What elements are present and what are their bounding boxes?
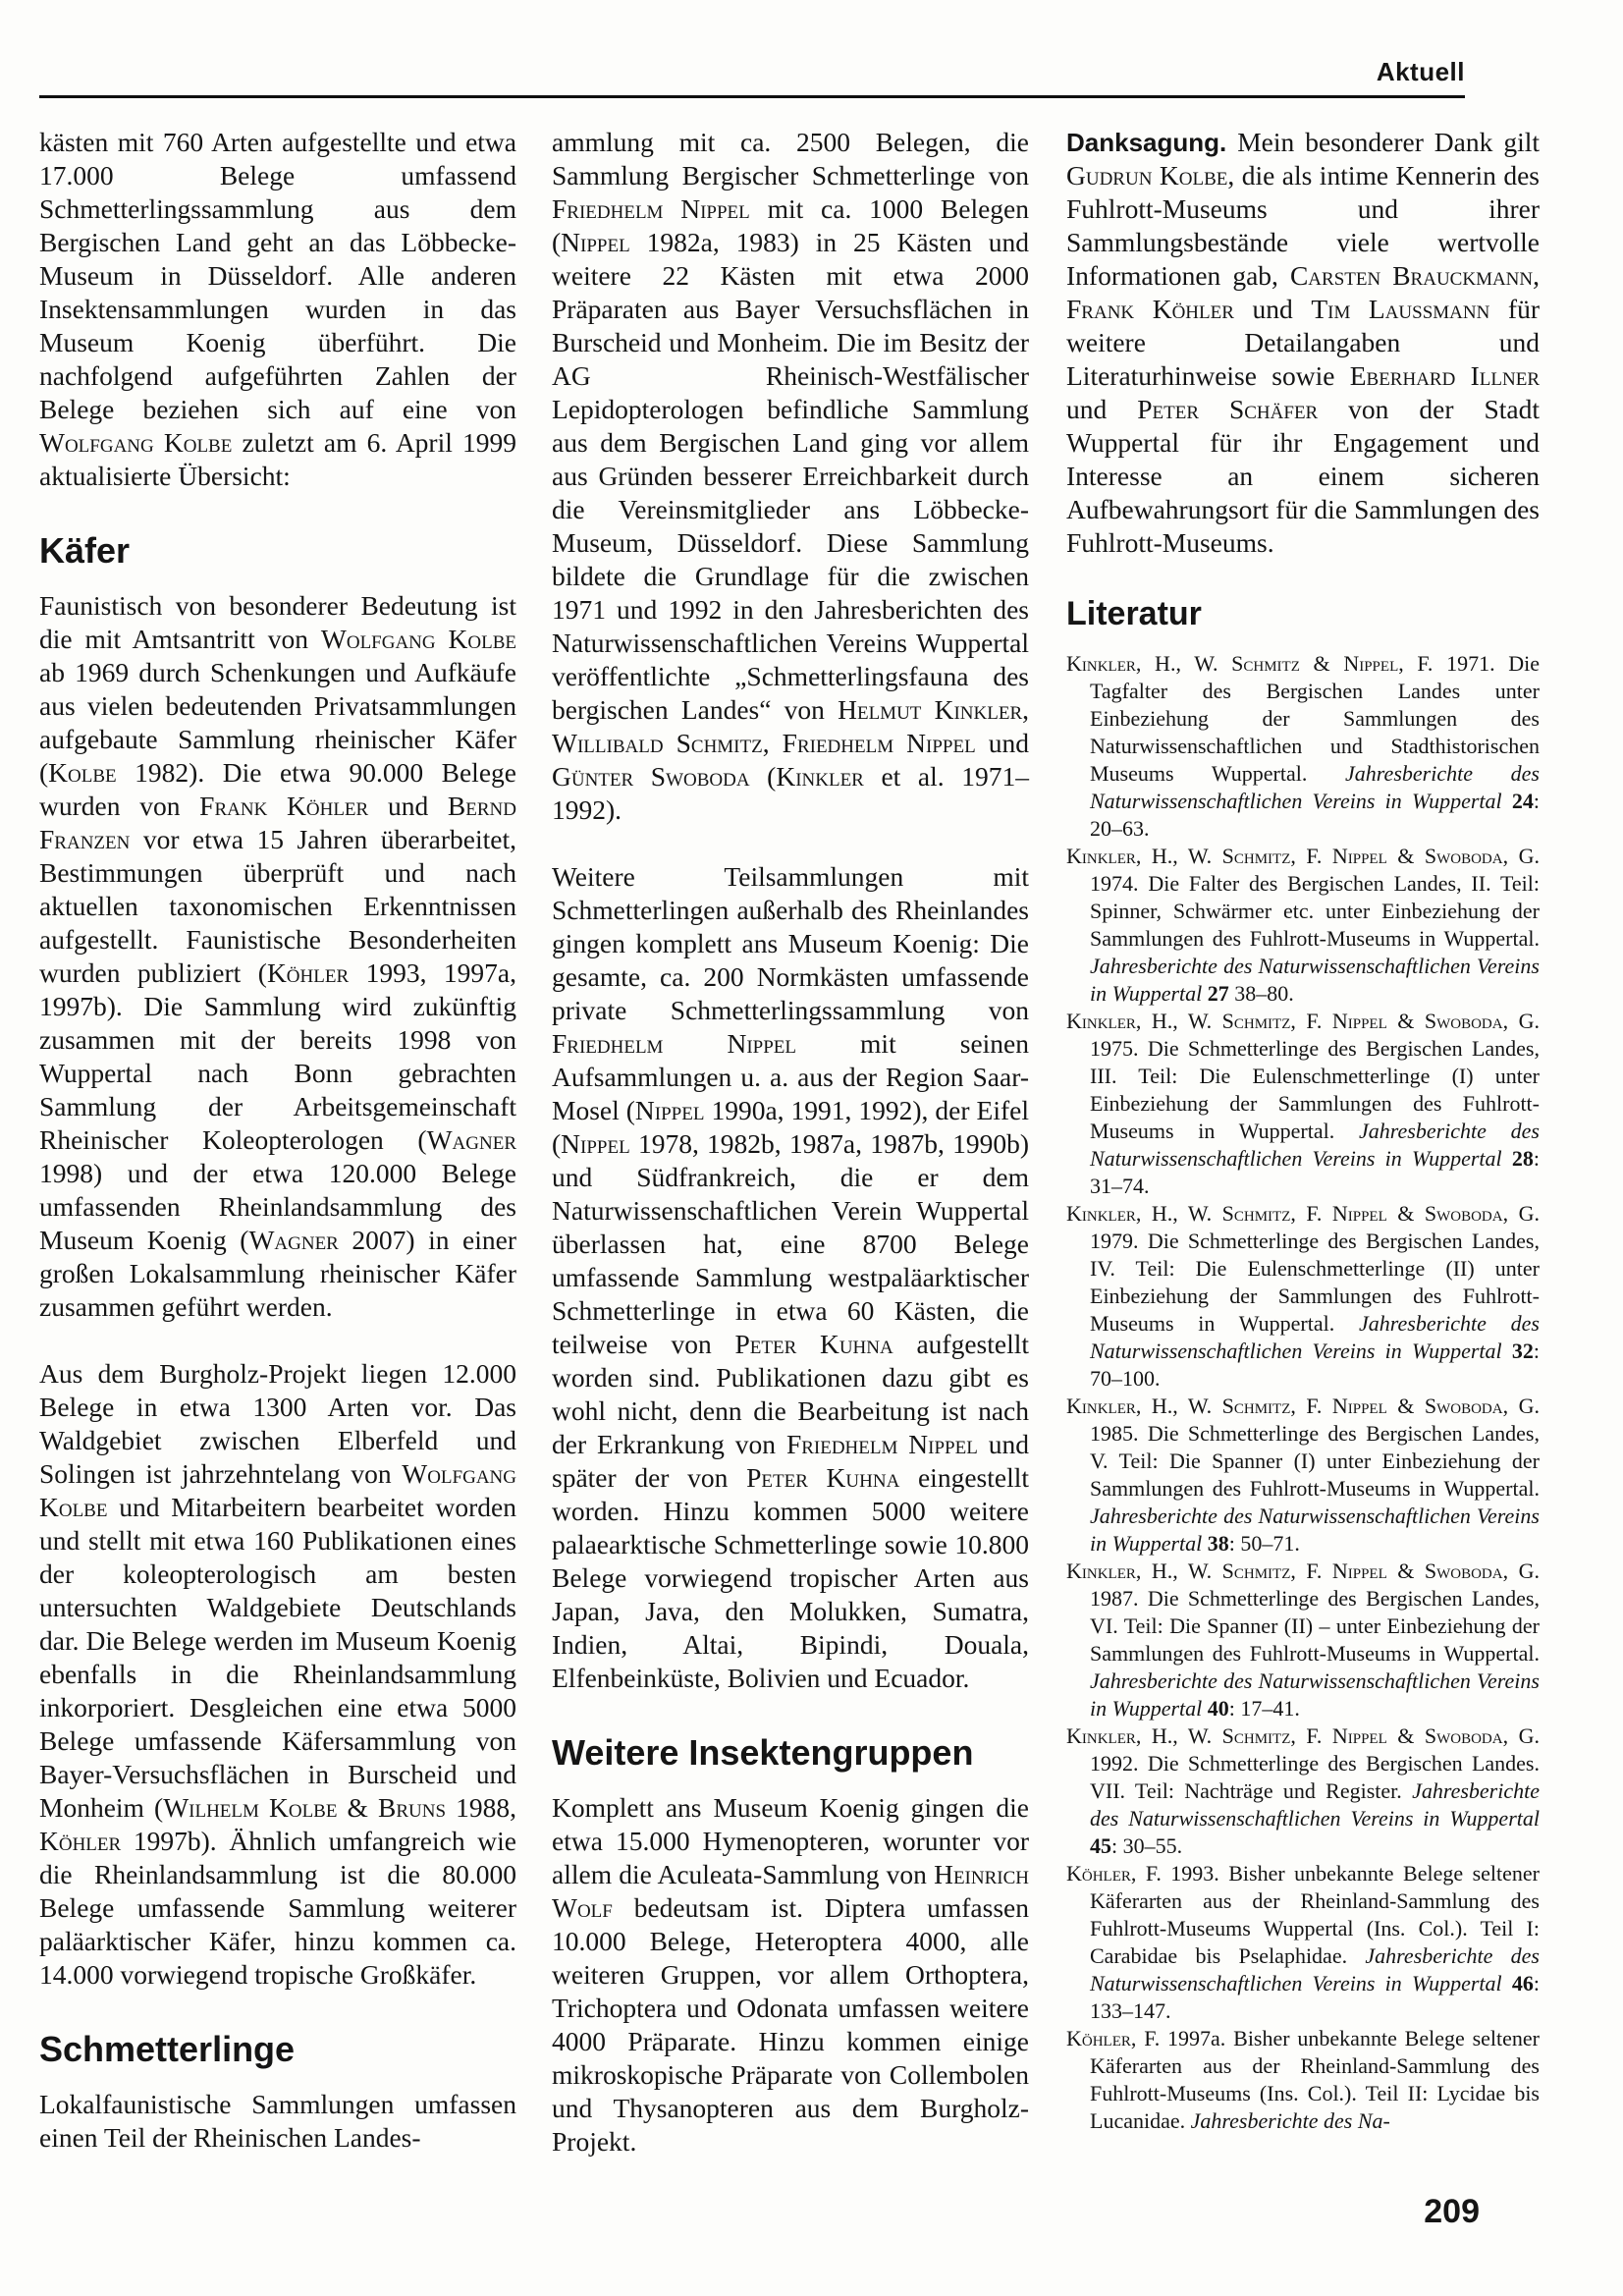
paragraph-weitere-insektengruppen: Komplett ans Museum Koenig gingen die et… [552, 1791, 1029, 2159]
column-right: Danksagung. Mein besonderer Dank gilt Gu… [1066, 126, 1540, 2135]
column-center: ammlung mit ca. 2500 Belegen, die Sammlu… [552, 126, 1029, 2159]
reference-item: Köhler, F. 1997a. Bisher unbekannte Bele… [1066, 2025, 1540, 2135]
reference-item: Kinkler, H., W. Schmitz, F. Nippel & Swo… [1066, 1558, 1540, 1722]
reference-item: Kinkler, H., W. Schmitz, F. Nippel & Swo… [1066, 1200, 1540, 1393]
reference-item: Kinkler, H., W. Schmitz, F. Nippel & Swo… [1066, 1008, 1540, 1200]
reference-list: Kinkler, H., W. Schmitz & Nippel, F. 197… [1066, 650, 1540, 2135]
reference-item: Kinkler, H., W. Schmitz & Nippel, F. 197… [1066, 650, 1540, 843]
heading-kaefer: Käfer [39, 530, 516, 572]
reference-item: Köhler, F. 1993. Bisher unbekannte Beleg… [1066, 1860, 1540, 2025]
header-rule [39, 95, 1465, 98]
heading-weitere-insektengruppen: Weitere Insektengruppen [552, 1732, 1029, 1774]
page-header-section-label: Aktuell [1377, 57, 1465, 87]
paragraph-landessammlung: ammlung mit ca. 2500 Belegen, die Sammlu… [552, 126, 1029, 827]
paragraph-kaefer-sammlung: Faunistisch von besonderer Bedeutung ist… [39, 589, 516, 1324]
paragraph-burgholz-projekt: Aus dem Burgholz-Projekt liegen 12.000 B… [39, 1357, 516, 1992]
page-number: 209 [1424, 2193, 1480, 2231]
reference-item: Kinkler, H., W. Schmitz, F. Nippel & Swo… [1066, 1722, 1540, 1860]
paragraph-schmetterlinge-start: Lokalfaunistische Sammlungen umfassen ei… [39, 2088, 516, 2155]
column-left: kästen mit 760 Arten aufgestellte und et… [39, 126, 516, 2155]
paragraph-danksagung: Danksagung. Mein besonderer Dank gilt Gu… [1066, 126, 1540, 560]
paragraph-intro-continuation: kästen mit 760 Arten aufgestellte und et… [39, 126, 516, 493]
heading-literatur: Literatur [1066, 593, 1540, 634]
reference-item: Kinkler, H., W. Schmitz, F. Nippel & Swo… [1066, 843, 1540, 1008]
heading-schmetterlinge: Schmetterlinge [39, 2029, 516, 2070]
journal-page: Aktuell kästen mit 760 Arten aufgestellt… [0, 0, 1623, 2296]
reference-item: Kinkler, H., W. Schmitz, F. Nippel & Swo… [1066, 1393, 1540, 1558]
paragraph-teilsammlungen: Weitere Teilsammlungen mit Schmetterling… [552, 860, 1029, 1695]
